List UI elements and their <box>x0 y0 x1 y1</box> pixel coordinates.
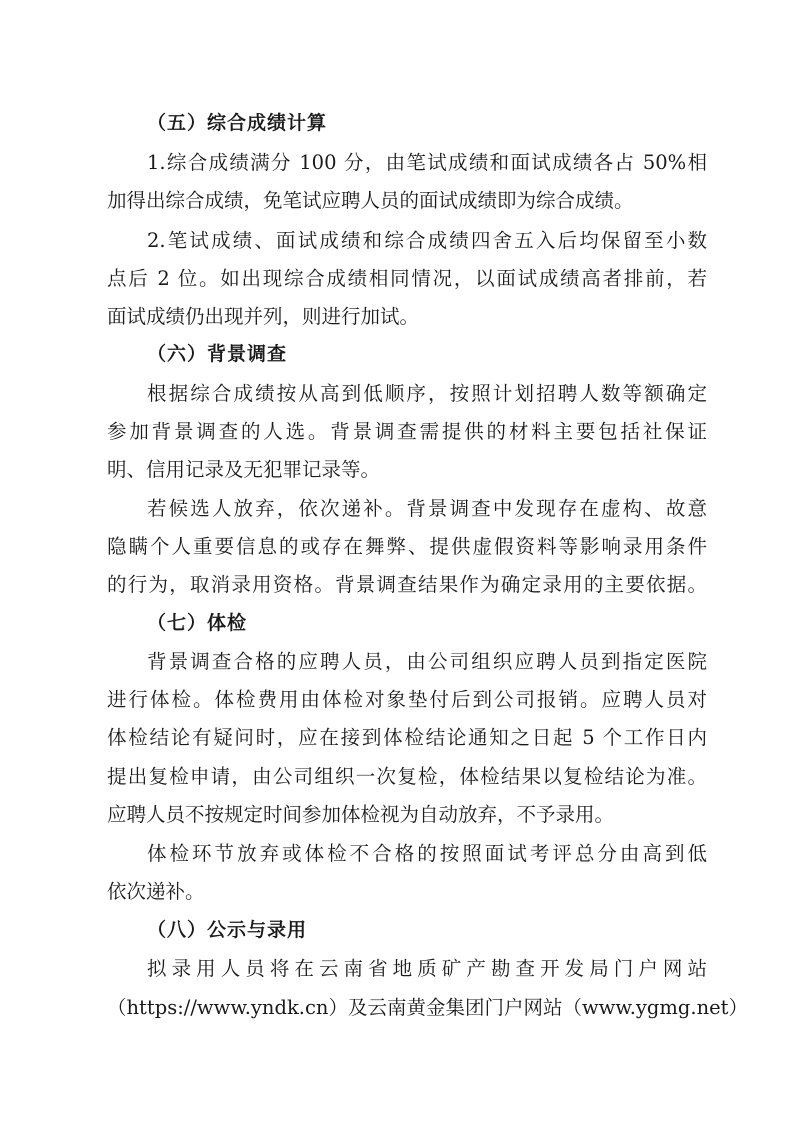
paragraph-line: 面试成绩仍出现并列，则进行加试。 <box>107 301 707 329</box>
paragraph-line: 加得出综合成绩，免笔试应聘人员的面试成绩即为综合成绩。 <box>107 185 707 213</box>
section-heading-8: （八）公示与录用 <box>147 915 307 942</box>
paragraph-line: （https://www.yndk.cn）及云南黄金集团门户网站（www.ygm… <box>107 992 707 1020</box>
paragraph-line: 体检环节放弃或体检不合格的按照面试考评总分由高到低 <box>147 838 707 866</box>
paragraph-line: 点后 2 位。如出现综合成绩相同情况，以面试成绩高者排前，若 <box>107 263 707 291</box>
paragraph-line: 明、信用记录及无犯罪记录等。 <box>107 454 707 482</box>
section-heading-6: （六）背景调查 <box>147 339 287 366</box>
paragraph-line: 的行为，取消录用资格。背景调查结果作为确定录用的主要依据。 <box>107 569 707 597</box>
paragraph-line: 根据综合成绩按从高到低顺序，按照计划招聘人数等额确定 <box>147 378 707 406</box>
paragraph-line: 应聘人员不按规定时间参加体检视为自动放弃，不予录用。 <box>107 799 707 827</box>
paragraph-line: 参加背景调查的人选。背景调查需提供的材料主要包括社保证 <box>107 416 707 444</box>
paragraph-line: 1.综合成绩满分 100 分，由笔试成绩和面试成绩各占 50%相 <box>147 147 707 175</box>
section-heading-7: （七）体检 <box>147 608 247 635</box>
paragraph-line: 体检结论有疑问时，应在接到体检结论通知之日起 5 个工作日内 <box>107 722 707 750</box>
paragraph-line: 背景调查合格的应聘人员，由公司组织应聘人员到指定医院 <box>147 646 707 674</box>
paragraph-line: 依次递补。 <box>107 876 707 904</box>
section-heading-5: （五）综合成绩计算 <box>147 108 327 135</box>
paragraph-line: 2.笔试成绩、面试成绩和综合成绩四舍五入后均保留至小数 <box>147 225 707 253</box>
paragraph-line: 拟录用人员将在云南省地质矿产勘查开发局门户网站 <box>147 953 707 981</box>
paragraph-line: 提出复检申请，由公司组织一次复检，体检结果以复检结论为准。 <box>107 761 707 789</box>
paragraph-line: 若候选人放弃，依次递补。背景调查中发现存在虚构、故意 <box>147 493 707 521</box>
paragraph-line: 隐瞒个人重要信息的或存在舞弊、提供虚假资料等影响录用条件 <box>107 531 707 559</box>
paragraph-line: 进行体检。体检费用由体检对象垫付后到公司报销。应聘人员对 <box>107 684 707 712</box>
